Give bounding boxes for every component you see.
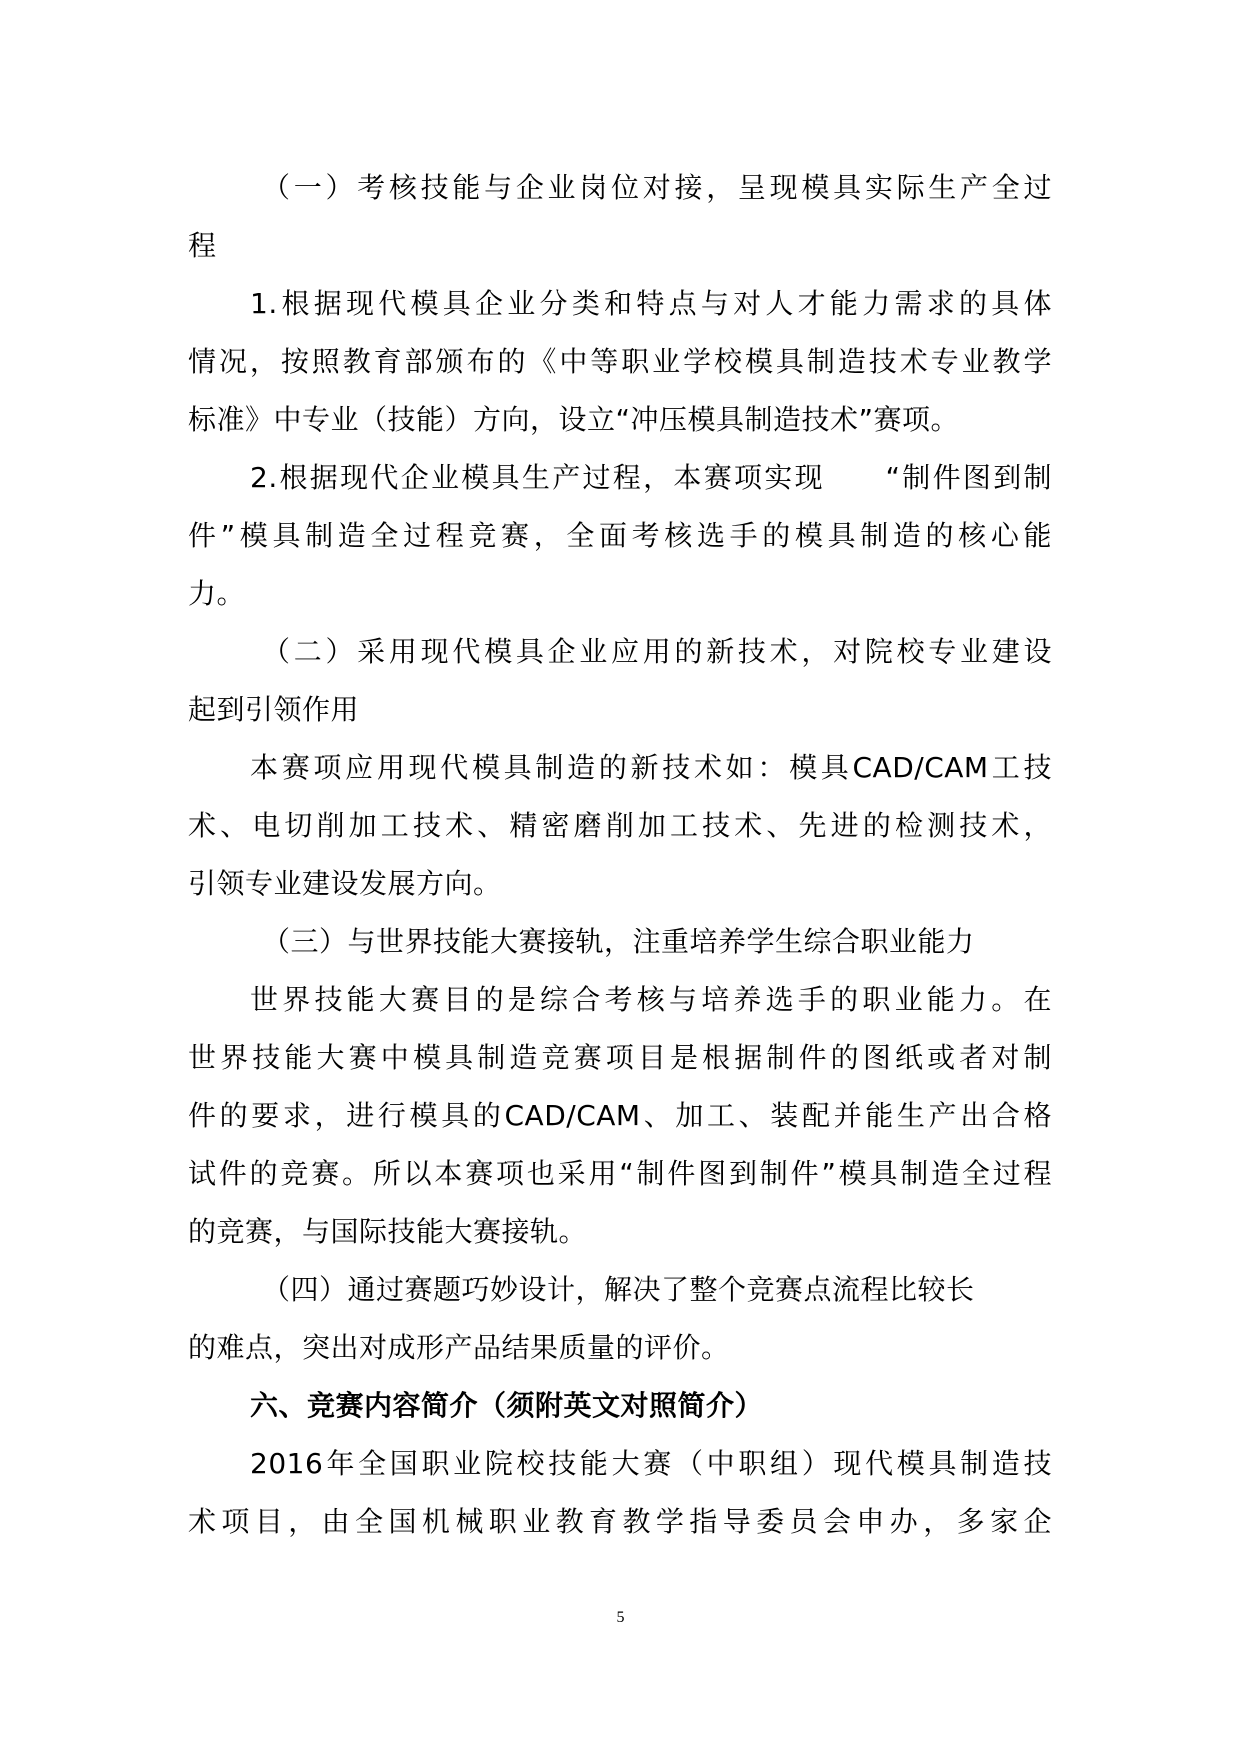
paragraph-line: 世界技能大赛中模具制造竞赛项目是根据制件的图纸或者对制	[188, 1038, 1052, 1078]
subheading-line: 起到引领作用	[188, 690, 1052, 730]
paragraph-line: 术项目，由全国机械职业教育教学指导委员会申办，多家企	[188, 1502, 1052, 1542]
paragraph-line: 试件的竞赛。所以本赛项也采用“制件图到制件”模具制造全过程	[188, 1154, 1052, 1194]
paragraph-line: 世界技能大赛目的是综合考核与培养选手的职业能力。在	[250, 980, 1052, 1020]
paragraph-line: 本赛项应用现代模具制造的新技术如：模具CAD/CAM工技	[250, 748, 1052, 788]
paragraph-line: 的难点，突出对成形产品结果质量的评价。	[188, 1328, 1052, 1368]
paragraph-line: 情况，按照教育部颁布的《中等职业学校模具制造技术专业教学	[188, 342, 1052, 382]
paragraph-line: 件的要求，进行模具的CAD/CAM、加工、装配并能生产出合格	[188, 1096, 1052, 1136]
paragraph-line: 件”模具制造全过程竞赛，全面考核选手的模具制造的核心能	[188, 516, 1052, 556]
paragraph-line: 1.根据现代模具企业分类和特点与对人才能力需求的具体	[250, 284, 1052, 324]
paragraph-line: 力。	[188, 574, 1052, 614]
subheading-line: 程	[188, 226, 1052, 266]
section-heading-line: 六、竞赛内容简介（须附英文对照简介）	[250, 1386, 1052, 1426]
paragraph-line: 2.根据现代企业模具生产过程，本赛项实现 “制件图到制	[250, 458, 1052, 498]
page-number: 5	[0, 1608, 1241, 1628]
document-page: （一）考核技能与企业岗位对接，呈现模具实际生产全过程1.根据现代模具企业分类和特…	[0, 0, 1241, 1754]
paragraph-line: 术、电切削加工技术、精密磨削加工技术、先进的检测技术，	[188, 806, 1052, 846]
subheading-line: （一）考核技能与企业岗位对接，呈现模具实际生产全过	[262, 168, 1052, 208]
paragraph-line: 2016年全国职业院校技能大赛（中职组）现代模具制造技	[250, 1444, 1052, 1484]
paragraph-line: 标准》中专业（技能）方向，设立“冲压模具制造技术”赛项。	[188, 400, 1052, 440]
subheading-line: （四）通过赛题巧妙设计，解决了整个竞赛点流程比较长	[262, 1270, 1052, 1310]
paragraph-line: 引领专业建设发展方向。	[188, 864, 1052, 904]
subheading-line: （三）与世界技能大赛接轨，注重培养学生综合职业能力	[262, 922, 1052, 962]
paragraph-line: 的竞赛，与国际技能大赛接轨。	[188, 1212, 1052, 1252]
subheading-line: （二）采用现代模具企业应用的新技术，对院校专业建设	[262, 632, 1052, 672]
